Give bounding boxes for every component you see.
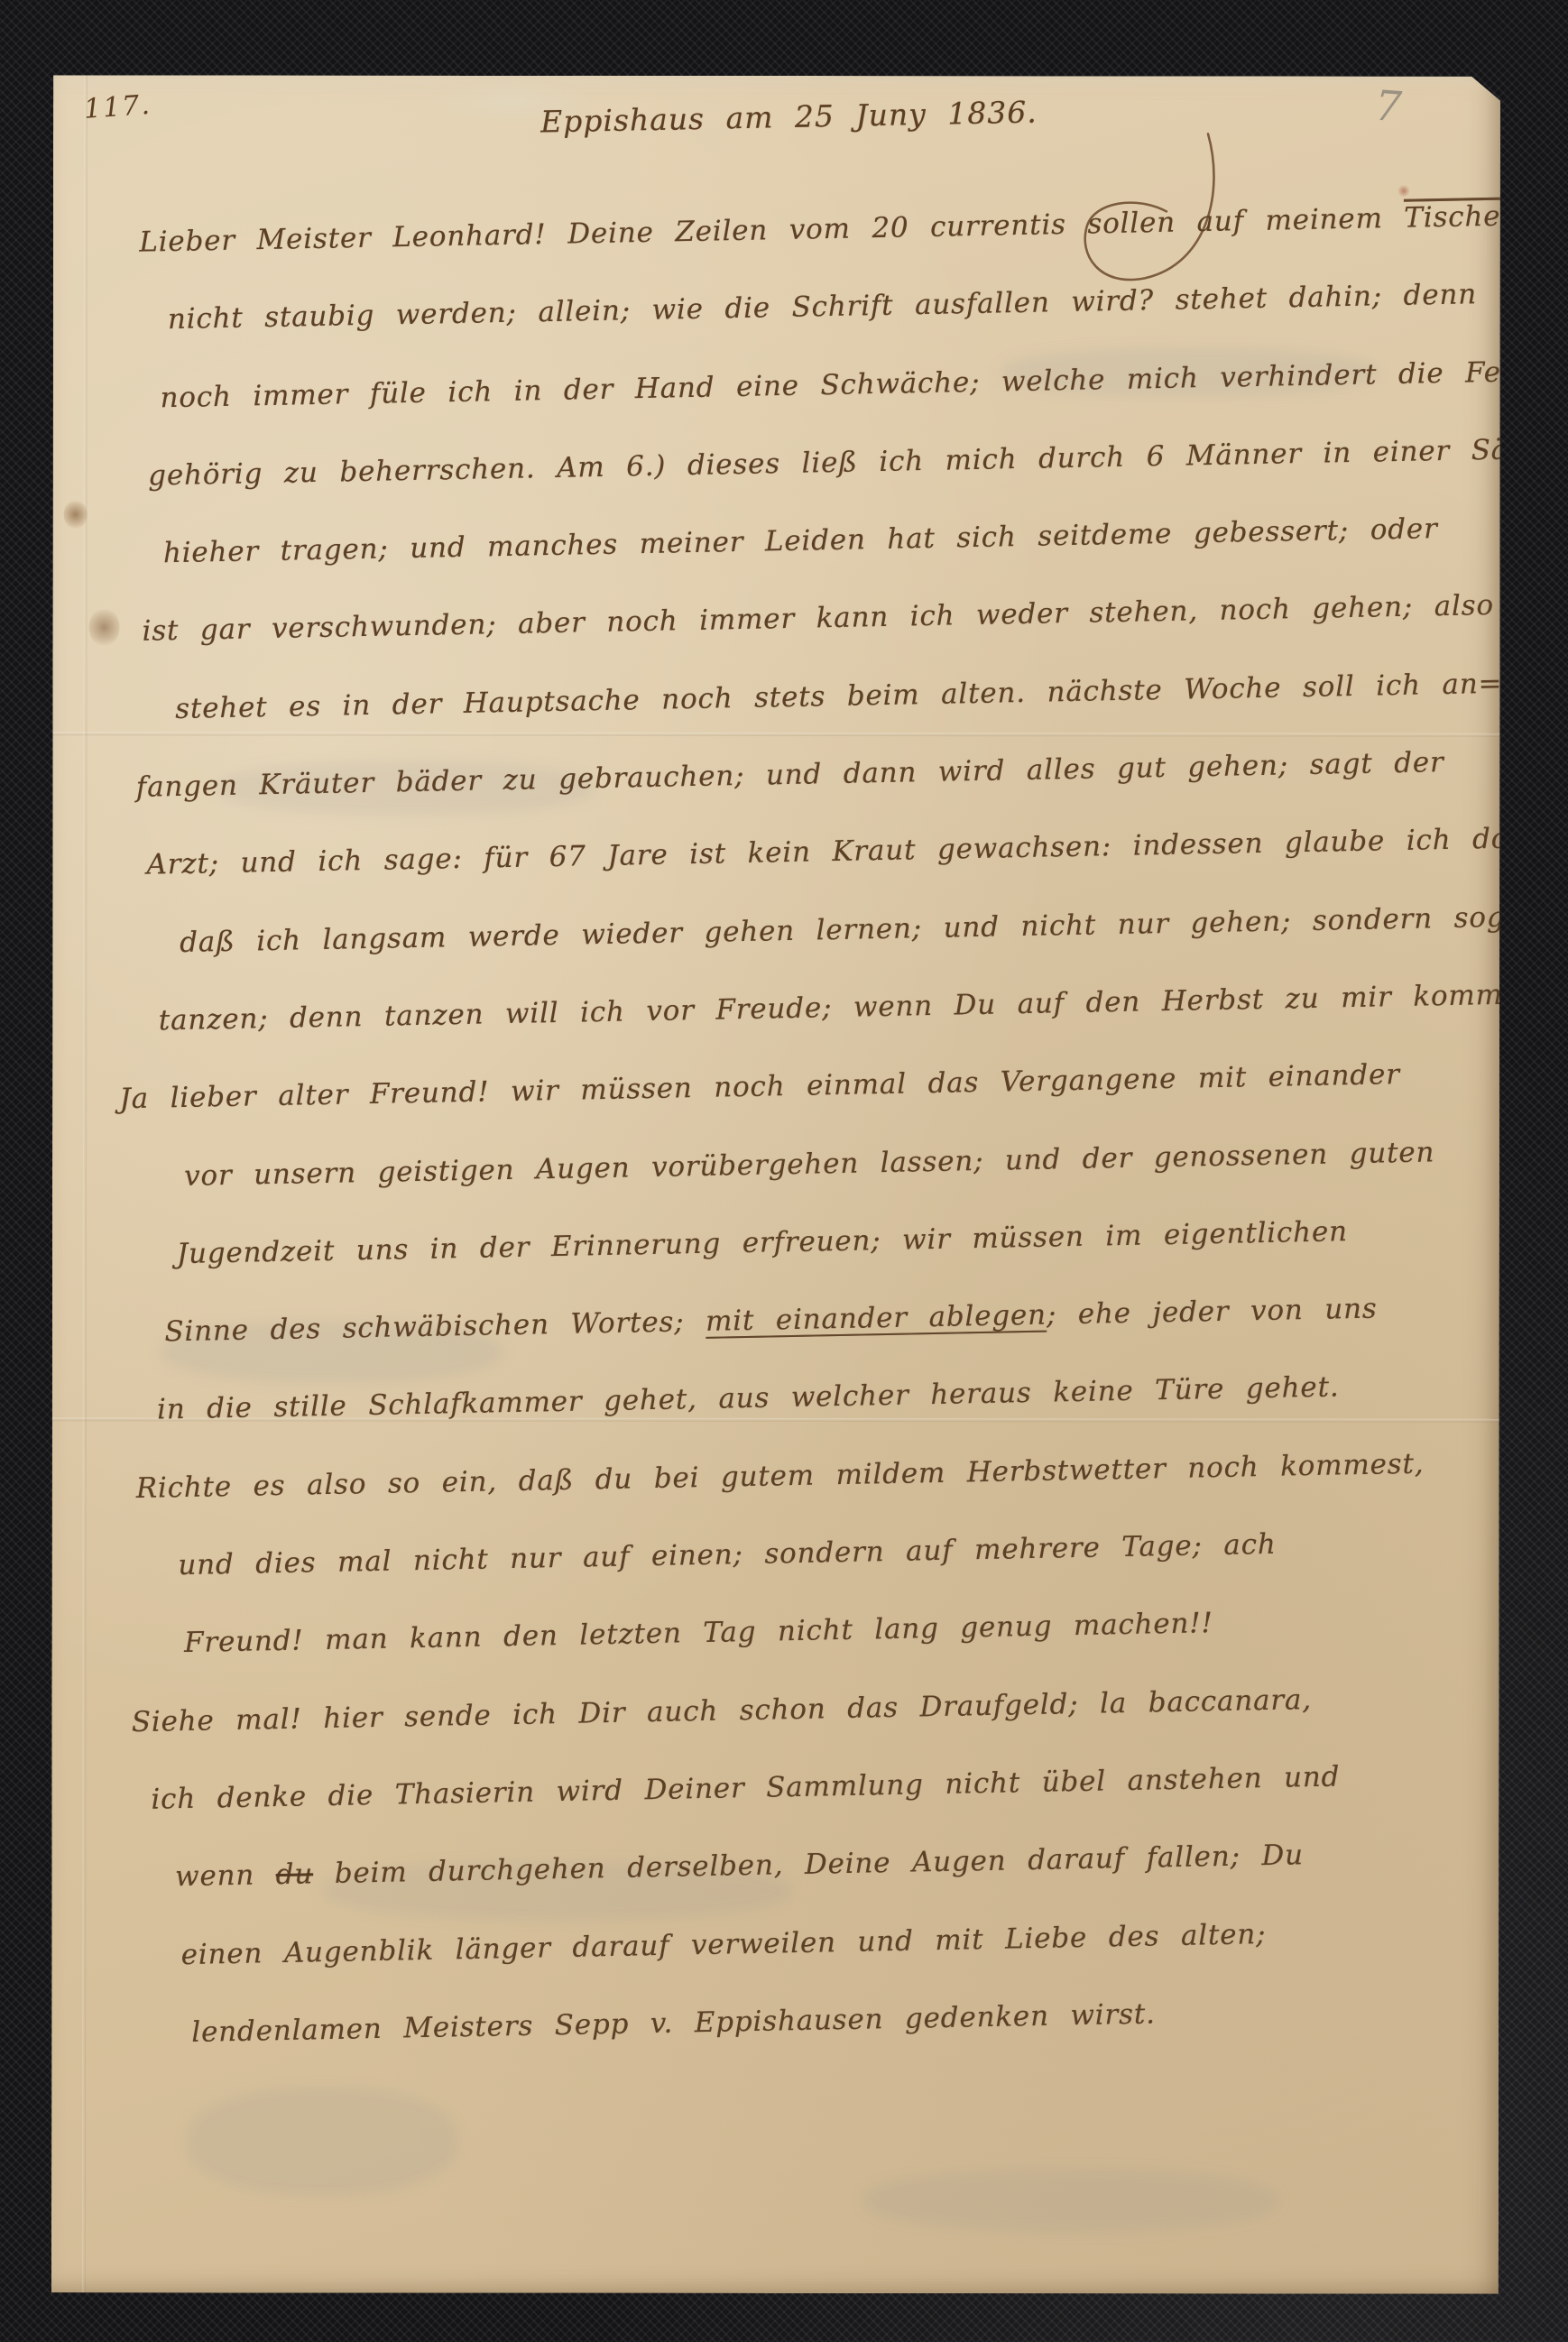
underlined-phrase: mit einander ablegen (706, 1299, 1047, 1338)
photo-backdrop: { "page": { "page_number": "117.", "foli… (0, 0, 1568, 2342)
line-text: Lieber Meister Leonhard! Deine Zeilen vo… (139, 202, 1405, 259)
line-text: ; ehe jeder von uns (1047, 1293, 1378, 1332)
struck-word: du (275, 1858, 313, 1892)
ink-stain (1397, 185, 1410, 198)
show-through-patch (863, 2169, 1278, 2232)
folio-number-pencil: 7 (1373, 81, 1403, 132)
page-number: 117. (83, 89, 152, 125)
line-text: wenn (175, 1858, 276, 1893)
letter-body: Lieber Meister Leonhard! Deine Zeilen vo… (53, 200, 1536, 2097)
show-through-patch (187, 2087, 457, 2195)
letter-dateline: Eppishaus am 25 Juny 1836. (540, 94, 1038, 139)
overlined-word: Tische (1404, 200, 1501, 235)
letter-page: 117. 7 Eppishaus am 25 Juny 1836. Lieber… (51, 75, 1500, 2293)
